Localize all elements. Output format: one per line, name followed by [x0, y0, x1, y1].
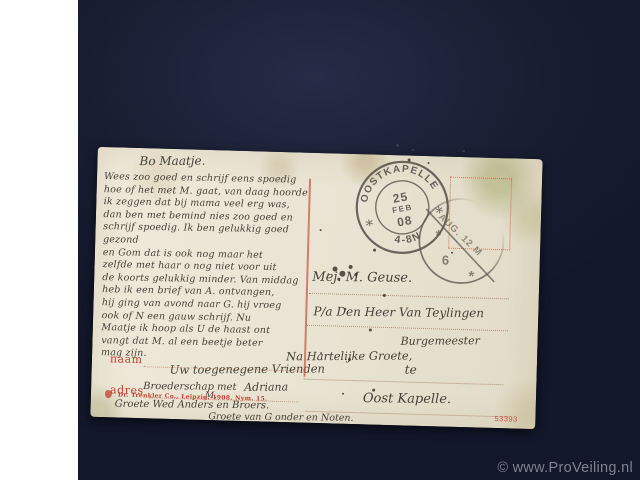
dust-speck: [462, 150, 465, 152]
message-block: Wees zoo goed en schrijf eens spoedig ho…: [101, 171, 314, 364]
arrival-diagonal-line: [424, 209, 496, 282]
ink-speck: [342, 393, 344, 395]
dust-speck: [396, 144, 399, 147]
ink-speck: [369, 328, 372, 331]
ink-speck: [327, 273, 329, 275]
ink-speck: [428, 162, 430, 164]
extra-greeting-line: Groete Wed Anders en Broers.: [115, 399, 270, 412]
ink-speck: [348, 358, 351, 361]
adres-handwriting: Broederschap met: [143, 381, 236, 393]
publisher-logo-icon: [104, 390, 112, 399]
message-line: schrijf spoedig. Ik ben gelukkig goed ge…: [103, 221, 313, 250]
postmark-year: 08: [396, 213, 414, 230]
ink-speck: [451, 252, 453, 254]
address-te: te: [405, 362, 417, 376]
arrival-number: 6: [442, 252, 450, 267]
ink-speck: [373, 249, 376, 252]
ink-speck: [349, 265, 353, 269]
ink-speck: [372, 389, 375, 392]
address-care-of: P/a Den Heer Van Teylingen: [313, 304, 484, 320]
extra-greeting-line: Groete van G onder en Noten.: [208, 411, 353, 424]
ink-speck: [332, 266, 337, 271]
white-left-margin: [0, 0, 78, 480]
ink-speck: [383, 294, 386, 297]
message-salutation: Bo Maatje.: [139, 154, 205, 168]
naam-label: naam: [110, 352, 143, 366]
arrival-star-icon: *: [435, 227, 441, 244]
adres-name: Adriana: [244, 380, 288, 393]
ink-speck: [344, 308, 346, 310]
postmark-arrival: AUG. 12 M * 6 *: [412, 192, 511, 291]
postcard: Bo Maatje. Wees zoo goed en schrijf eens…: [90, 147, 542, 429]
postmark-star-icon: *: [364, 216, 375, 235]
photo-background: Bo Maatje. Wees zoo goed en schrijf eens…: [78, 0, 640, 480]
ink-speck: [320, 229, 322, 231]
address-dotted-line: [309, 293, 509, 300]
ink-speck: [408, 158, 411, 161]
address-dotted-line: [306, 325, 508, 332]
arrival-star-icon: *: [468, 268, 474, 285]
address-title: Burgemeester: [401, 334, 480, 348]
ink-speck: [337, 278, 340, 281]
ink-speck: [320, 352, 322, 354]
address-town: Oost Kapelle.: [363, 391, 451, 407]
dust-speck: [412, 149, 414, 151]
auction-photo-of-postcard: Bo Maatje. Wees zoo goed en schrijf eens…: [0, 0, 640, 480]
address-dotted-line: [303, 379, 503, 386]
watermark-text: © www.ProVeiling.nl: [497, 460, 633, 476]
ink-speck: [354, 273, 357, 276]
address-recipient: Mej. M. Geuse.: [312, 270, 412, 286]
card-series-number: 53393: [494, 414, 518, 424]
